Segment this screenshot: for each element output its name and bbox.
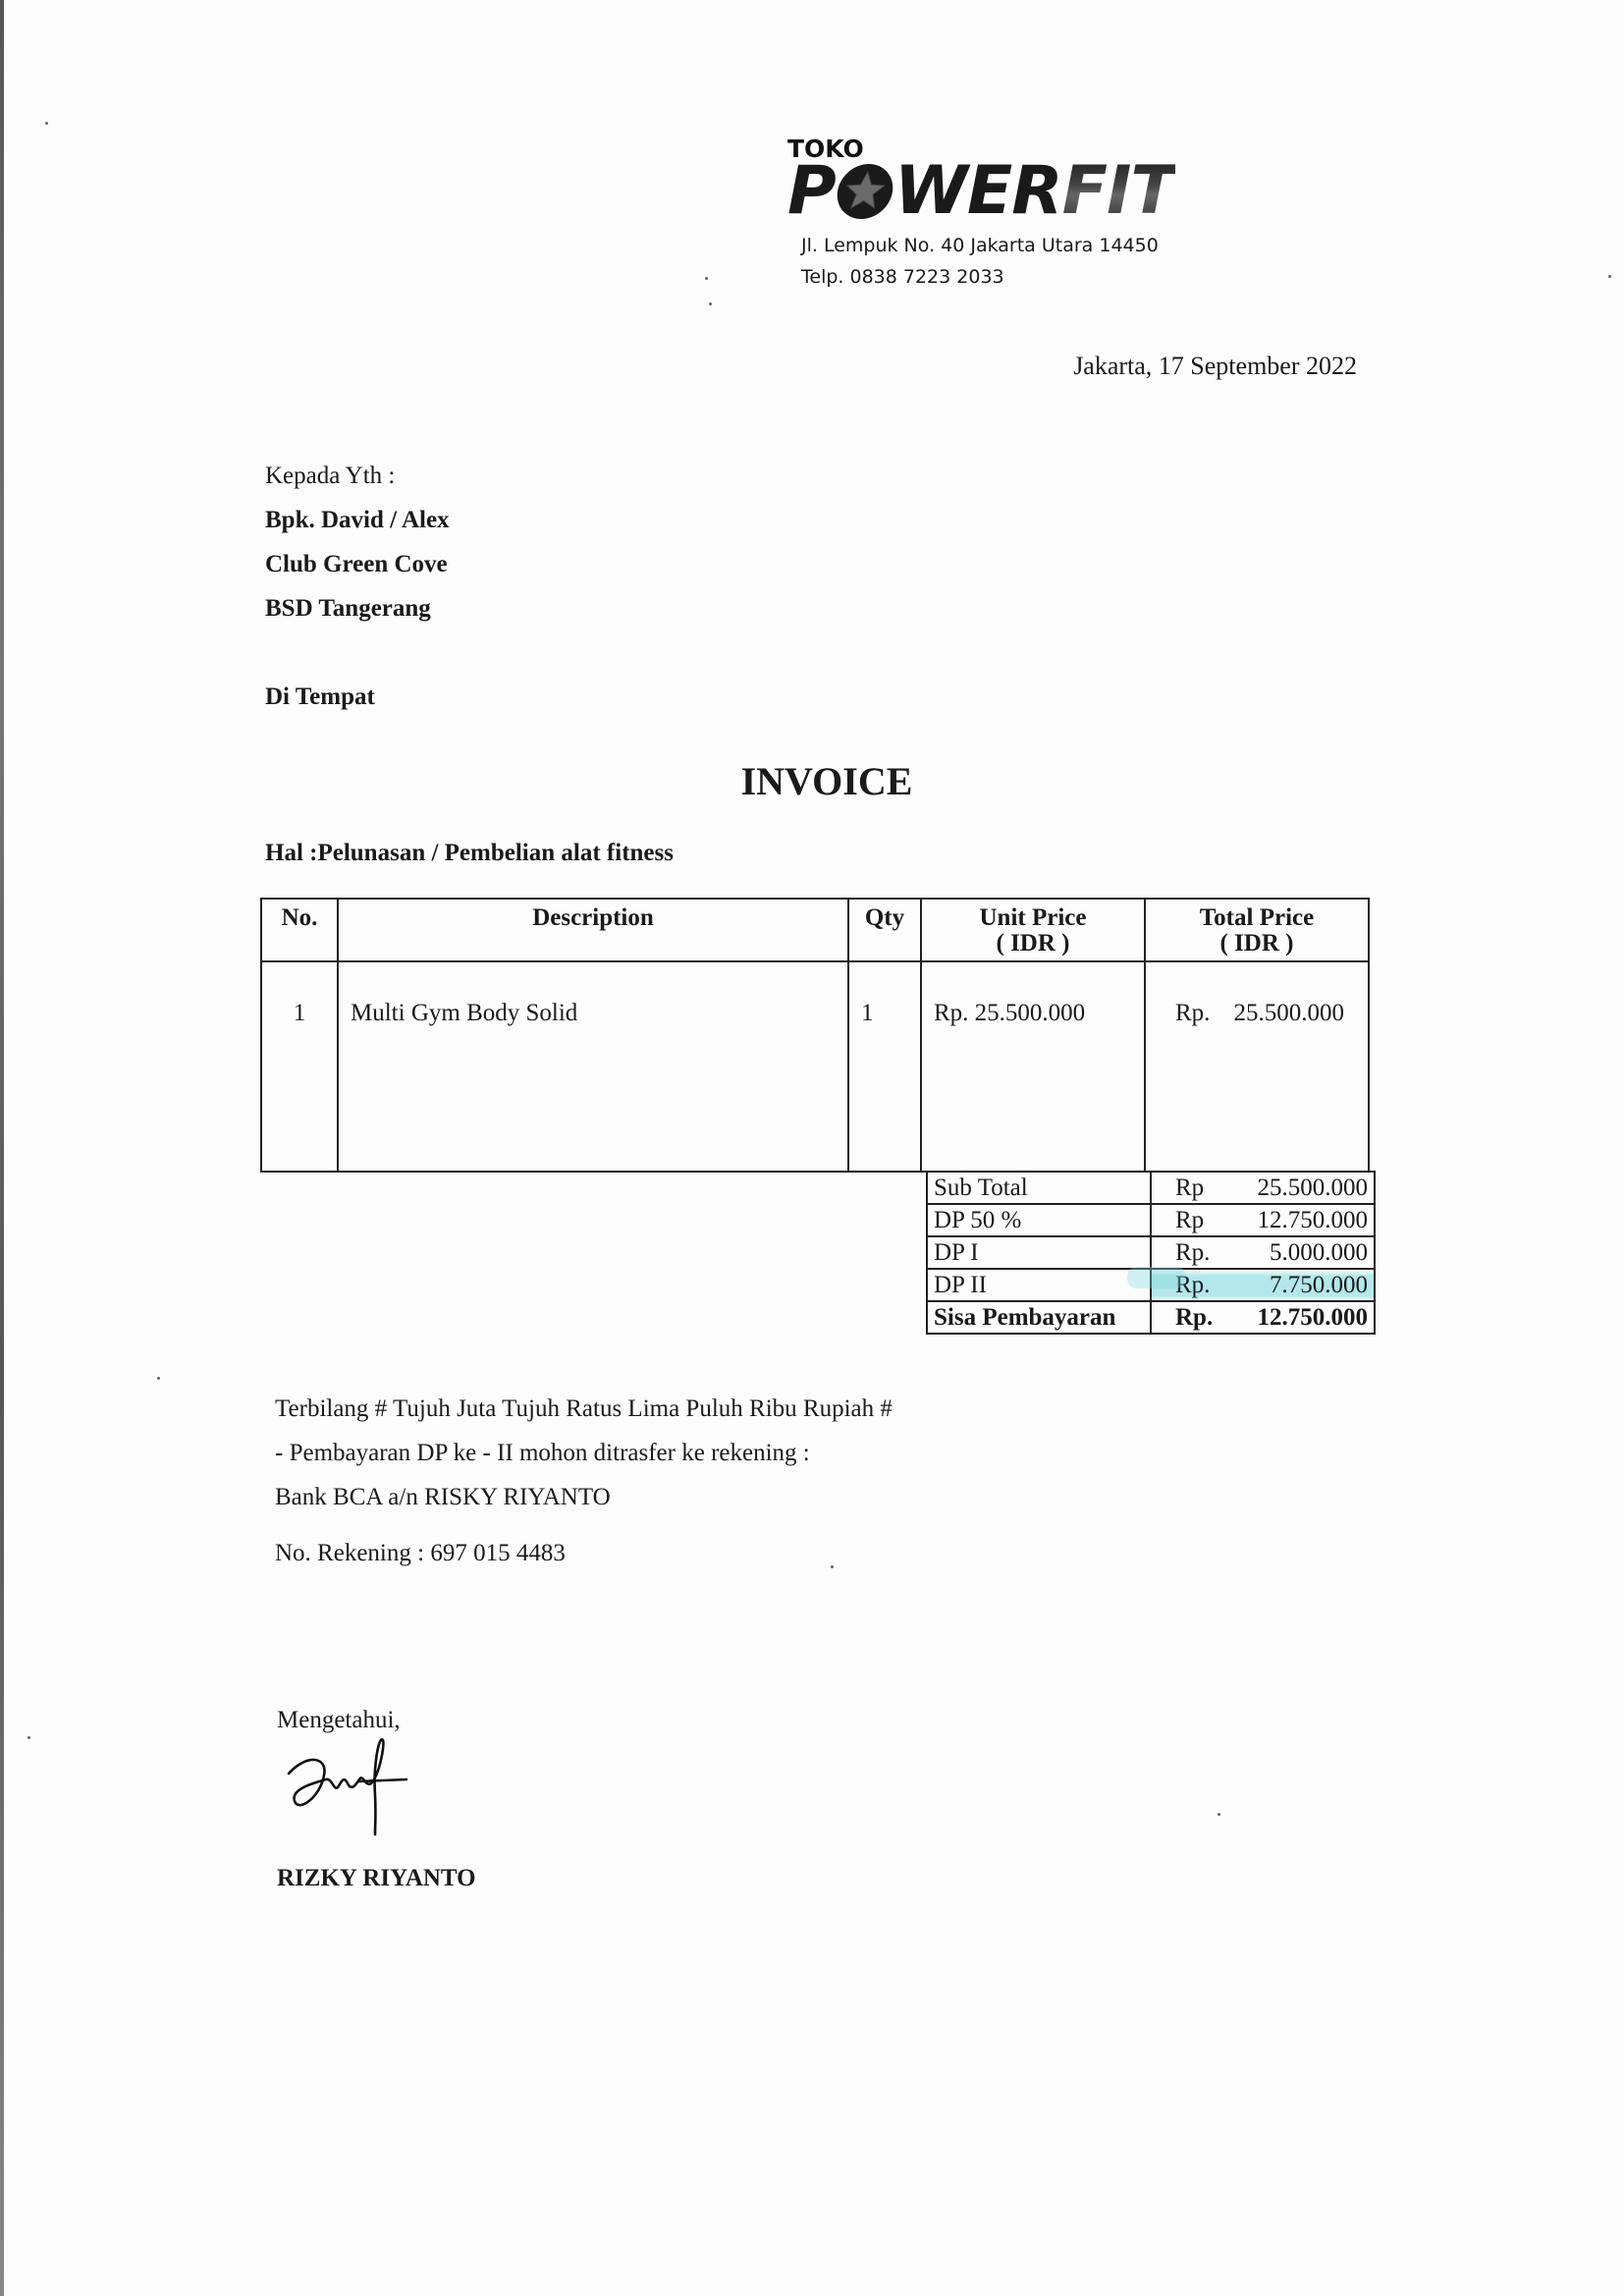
summary-amount: Rp 25.500.000: [1151, 1172, 1375, 1204]
signer-name: RIZKY RIYANTO: [277, 1865, 476, 1892]
bank-info: Bank BCA a/n RISKY RIYANTO: [275, 1475, 893, 1519]
summary-label: DP I: [927, 1236, 1151, 1269]
summary-row-remaining: Sisa Pembayaran Rp. 12.750.000: [927, 1301, 1375, 1334]
cell-no: 1: [261, 961, 338, 1172]
summary-label: DP II: [927, 1269, 1151, 1301]
items-table-header: No. Description Qty Unit Price ( IDR ) T…: [261, 899, 1369, 961]
summary-value: 5.000.000: [1270, 1239, 1368, 1267]
summary-currency: Rp.: [1175, 1239, 1210, 1267]
header-no: No.: [261, 899, 338, 961]
header-unit-price: Unit Price ( IDR ): [921, 899, 1145, 961]
summary-currency: Rp: [1175, 1175, 1204, 1202]
summary-label: Sisa Pembayaran: [927, 1301, 1151, 1334]
scan-speck: [45, 122, 48, 125]
summary-value: 12.750.000: [1258, 1304, 1369, 1332]
payment-instruction: - Pembayaran DP ke - II mohon ditrasfer …: [275, 1431, 893, 1475]
summary-amount: Rp 12.750.000: [1151, 1204, 1375, 1236]
signature-label: Mengetahui,: [277, 1707, 476, 1734]
summary-amount: Rp. 12.750.000: [1151, 1301, 1375, 1334]
invoice-subject: Hal :Pelunasan / Pembelian alat fitness: [265, 840, 674, 867]
letterhead: TOKO P WER FIT Jl. Lempuk No. 40 Jakarta…: [787, 136, 1175, 293]
brand-text-wer: WER: [894, 159, 1062, 224]
header-description: Description: [338, 899, 848, 961]
recipient-company: Club Green Cove: [265, 542, 450, 586]
recipient-block: Kepada Yth : Bpk. David / Alex Club Gree…: [265, 454, 450, 719]
scan-speck: [705, 277, 708, 280]
highlighter-mark: [1127, 1267, 1186, 1288]
cell-unit-price: Rp. 25.500.000: [921, 961, 1145, 1172]
star-icon: [834, 164, 896, 219]
store-address: Jl. Lempuk No. 40 Jakarta Utara 14450: [801, 230, 1175, 261]
brand-text-p: P: [787, 159, 836, 224]
summary-row-subtotal: Sub Total Rp 25.500.000: [927, 1172, 1375, 1204]
cell-total-currency: Rp.: [1175, 1000, 1210, 1026]
summary-table: Sub Total Rp 25.500.000 DP 50 % Rp 12.75…: [926, 1171, 1376, 1335]
header-unit-price-label: Unit Price: [922, 905, 1144, 931]
invoice-date: Jakarta, 17 September 2022: [1073, 352, 1357, 381]
brand-text-fit: FIT: [1062, 159, 1175, 224]
cell-qty: 1: [848, 961, 921, 1172]
cell-total-amount: 25.500.000: [1233, 1000, 1344, 1026]
summary-label: Sub Total: [927, 1172, 1151, 1204]
summary-value: 25.500.000: [1258, 1175, 1369, 1202]
store-phone: Telp. 0838 7223 2033: [801, 261, 1175, 293]
recipient-name: Bpk. David / Alex: [265, 498, 450, 542]
scan-speck: [831, 1565, 834, 1568]
summary-value: 7.750.000: [1270, 1272, 1368, 1299]
brand-logo: P WER FIT: [787, 159, 1175, 224]
header-total-price: Total Price ( IDR ): [1145, 899, 1369, 961]
account-number: No. Rekening : 697 015 4483: [275, 1531, 893, 1575]
summary-label: DP 50 %: [927, 1204, 1151, 1236]
recipient-city: BSD Tangerang: [265, 586, 450, 630]
payment-notes: Terbilang # Tujuh Juta Tujuh Ratus Lima …: [275, 1387, 893, 1575]
items-table: No. Description Qty Unit Price ( IDR ) T…: [260, 898, 1370, 1173]
document-title: INVOICE: [0, 758, 1624, 804]
scan-speck: [1218, 1813, 1220, 1816]
scan-speck: [709, 302, 712, 305]
scan-speck: [157, 1377, 160, 1380]
header-qty: Qty: [848, 899, 921, 961]
scan-edge: [0, 0, 4, 2296]
summary-row-dp50: DP 50 % Rp 12.750.000: [927, 1204, 1375, 1236]
cell-description: Multi Gym Body Solid: [338, 961, 848, 1172]
summary-amount: Rp. 5.000.000: [1151, 1236, 1375, 1269]
recipient-location: Di Tempat: [265, 675, 450, 719]
cell-total-price: Rp.25.500.000: [1145, 961, 1369, 1172]
summary-currency: Rp: [1175, 1207, 1204, 1234]
header-unit-price-currency: ( IDR ): [922, 931, 1144, 957]
header-total-price-currency: ( IDR ): [1146, 931, 1368, 957]
signature-block: Mengetahui, RIZKY RIYANTO: [277, 1707, 476, 1892]
summary-value: 12.750.000: [1258, 1207, 1369, 1234]
summary-row-dp1: DP I Rp. 5.000.000: [927, 1236, 1375, 1269]
salutation: Kepada Yth :: [265, 454, 450, 498]
summary-currency: Rp.: [1175, 1304, 1213, 1332]
amount-in-words: Terbilang # Tujuh Juta Tujuh Ratus Lima …: [275, 1387, 893, 1431]
handwritten-signature-icon: [277, 1736, 424, 1844]
scan-speck: [27, 1736, 30, 1739]
header-total-price-label: Total Price: [1146, 905, 1368, 931]
table-row: 1 Multi Gym Body Solid 1 Rp. 25.500.000 …: [261, 961, 1369, 1172]
scan-speck: [1608, 275, 1611, 278]
